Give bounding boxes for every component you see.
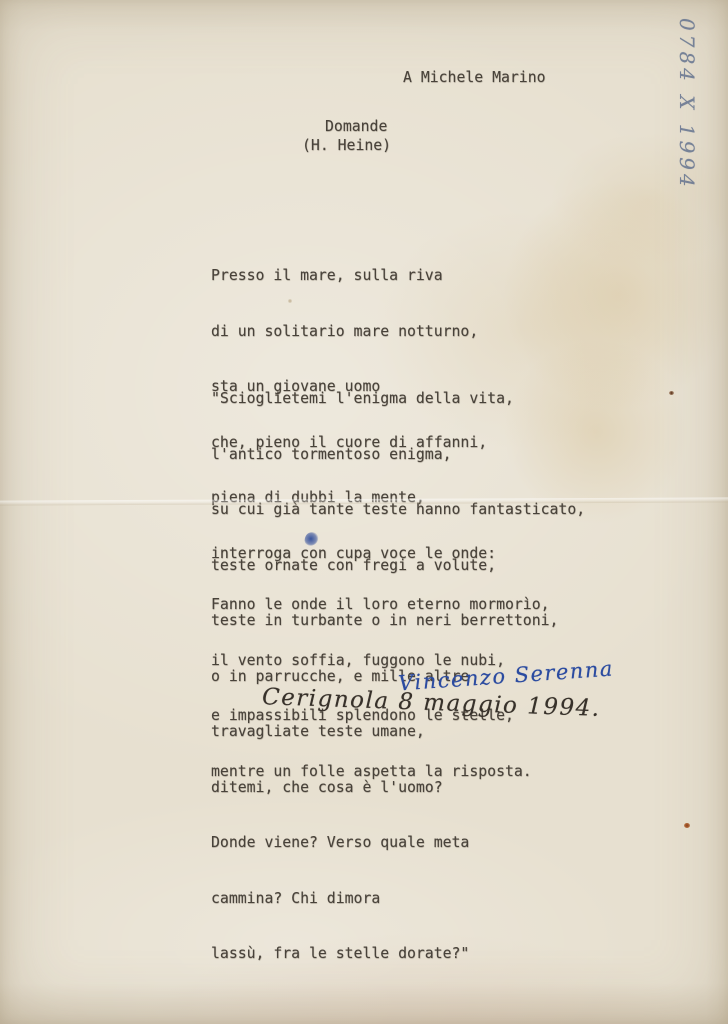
poem-line: lassù, fra le stelle dorate?" xyxy=(211,945,585,964)
poem-line: su cui già tante teste hanno fantasticat… xyxy=(211,501,585,520)
scanned-typescript-page: A Michele Marino Domande (H. Heine) Pres… xyxy=(0,0,728,1024)
poem-line: l'antico tormentoso enigma, xyxy=(211,446,585,465)
poem-line: cammina? Chi dimora xyxy=(211,890,585,909)
poem-line: Fanno le onde il loro eterno mormorìo, xyxy=(211,596,550,615)
poem-title: Domande xyxy=(325,118,387,137)
age-spot xyxy=(669,391,674,395)
poem-line: Presso il mare, sulla riva xyxy=(211,267,496,286)
poem-line: mentre un folle aspetta la risposta. xyxy=(211,763,550,782)
poem-line: Donde viene? Verso quale meta xyxy=(211,834,585,853)
poem-author: (H. Heine) xyxy=(302,137,391,156)
poem-line: di un solitario mare notturno, xyxy=(211,323,496,342)
age-spot xyxy=(684,823,690,828)
poem-line: "Scioglietemi l'enigma della vita, xyxy=(211,390,585,409)
dedication: A Michele Marino xyxy=(403,69,546,88)
margin-annotation: 0784 X 1994 xyxy=(675,18,699,191)
age-spot xyxy=(288,299,292,303)
